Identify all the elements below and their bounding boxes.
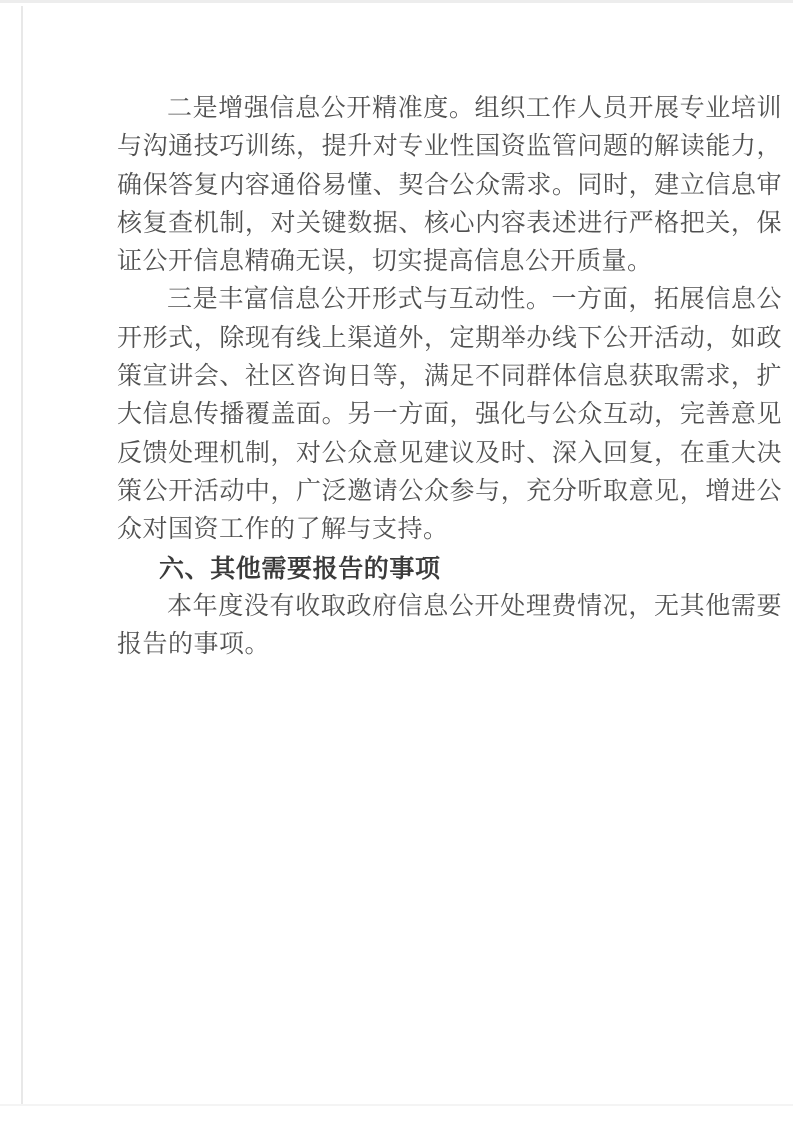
scan-top-edge: [0, 0, 793, 3]
document-content: 二是增强信息公开精准度。组织工作人员开展专业培训与沟通技巧训练，提升对专业性国资…: [117, 90, 782, 664]
paragraph-info-disclosure-accuracy: 二是增强信息公开精准度。组织工作人员开展专业培训与沟通技巧训练，提升对专业性国资…: [117, 90, 782, 281]
scan-bottom-edge: [0, 1104, 793, 1106]
document-page: 二是增强信息公开精准度。组织工作人员开展专业培训与沟通技巧训练，提升对专业性国资…: [0, 0, 793, 1121]
paragraph-no-fees-collected: 本年度没有收取政府信息公开处理费情况，无其他需要报告的事项。: [117, 588, 782, 665]
scan-left-edge-line: [21, 6, 23, 1106]
section-heading-other-matters: 六、其他需要报告的事项: [117, 550, 782, 588]
paragraph-info-disclosure-formats: 三是丰富信息公开形式与互动性。一方面，拓展信息公开形式，除现有线上渠道外，定期举…: [117, 281, 782, 549]
